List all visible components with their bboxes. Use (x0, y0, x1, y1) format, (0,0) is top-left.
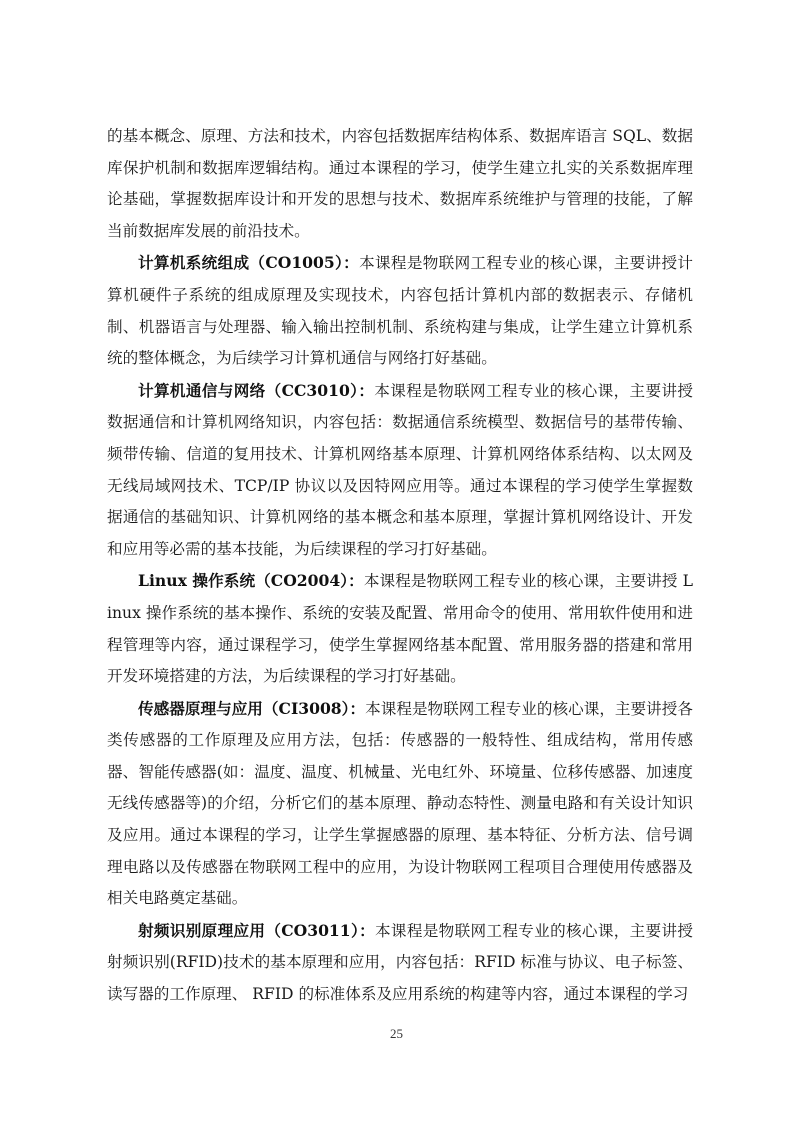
course-title: Linux 操作系统（CO2004）： (138, 571, 364, 590)
course-paragraph-linux-os: Linux 操作系统（CO2004）：本课程是物联网工程专业的核心课，主要讲授 … (107, 565, 693, 692)
course-paragraph-rfid-principles: 射频识别原理应用（CO3011）：本课程是物联网工程专业的核心课，主要讲授射频识… (107, 915, 693, 1011)
course-paragraph-computer-system-composition: 计算机系统组成（CO1005）：本课程是物联网工程专业的核心课，主要讲授计算机硬… (107, 247, 693, 374)
course-description: 本课程是物联网工程专业的核心课，主要讲授数据通信和计算机网络知识，内容包括：数据… (107, 382, 693, 558)
continuation-paragraph: 的基本概念、原理、方法和技术，内容包括数据库结构体系、数据库语言 SQL、数据库… (107, 121, 693, 247)
course-title: 计算机通信与网络（CC3010）： (138, 381, 374, 400)
page-body: 的基本概念、原理、方法和技术，内容包括数据库结构体系、数据库语言 SQL、数据库… (107, 121, 693, 1011)
course-description: 本课程是物联网工程专业的核心课，主要讲授各类传感器的工作原理及应用方法，包括：传… (107, 700, 693, 908)
course-title: 射频识别原理应用（CO3011）： (138, 921, 375, 940)
course-paragraph-computer-communication-network: 计算机通信与网络（CC3010）：本课程是物联网工程专业的核心课，主要讲授数据通… (107, 375, 693, 566)
course-title: 计算机系统组成（CO1005）： (138, 253, 359, 272)
course-title: 传感器原理与应用（CI3008）： (138, 699, 365, 718)
page-number: 25 (0, 1026, 793, 1042)
course-paragraph-sensor-principles: 传感器原理与应用（CI3008）：本课程是物联网工程专业的核心课，主要讲授各类传… (107, 693, 693, 915)
